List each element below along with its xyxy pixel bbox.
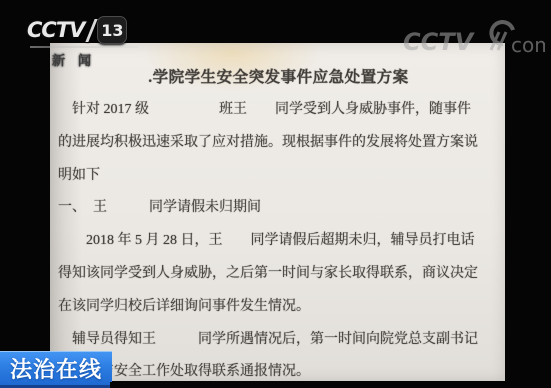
program-badge: 法治在线 — [0, 351, 112, 385]
watermark-domain-text: com — [511, 33, 545, 57]
cctv-logo-text: CCTV — [27, 18, 84, 42]
channel-subtitle-news: 新闻 — [52, 50, 127, 69]
bottom-black-bar — [110, 382, 551, 388]
document-line: 2018 年 5 月 28 日，王 同学请假后超期未归，辅导员打电话 — [58, 225, 499, 258]
tv-frame: .学院学生安全突发事件应急处置方案 针对 2017 级 班王 同学受到人身威胁事… — [0, 0, 551, 388]
channel-number-badge: 13 — [97, 16, 127, 44]
document-line: 报，并与安全工作处取得联系通报情况。 — [58, 356, 499, 381]
document-line: 的进展均积极迅速采取了应对措施。现根据事件的发展将处置方案说 — [58, 127, 499, 160]
document-line: 得知该同学受到人身威胁，之后第一时间与家长取得联系，商议决定 — [58, 258, 499, 291]
cctv-com-watermark: CCTV com — [403, 20, 545, 62]
document-paper: .学院学生安全突发事件应急处置方案 针对 2017 级 班王 同学受到人身威胁事… — [50, 43, 505, 381]
logo-slash-icon — [86, 19, 98, 42]
cctv13-logo-row: CCTV 13 — [27, 16, 127, 44]
cctv13-logo: CCTV 13 新闻 — [27, 16, 127, 69]
document-line: 明如下 — [58, 160, 499, 193]
document-line: 一、 王 同学请假未归期间 — [58, 192, 499, 225]
watermark-brand-text: CCTV — [403, 28, 476, 56]
document-line: 针对 2017 级 班王 同学受到人身威胁事件，随事件 — [58, 94, 499, 127]
document-text: .学院学生安全突发事件应急处置方案 针对 2017 级 班王 同学受到人身威胁事… — [58, 43, 499, 381]
logo-divider-line — [30, 46, 138, 48]
document-line: 辅导员得知王 同学所遇情况后，第一时间向院党总支副书记 — [58, 324, 499, 357]
document-line: 在该同学归校后详细询问事件发生情况。 — [58, 291, 499, 324]
